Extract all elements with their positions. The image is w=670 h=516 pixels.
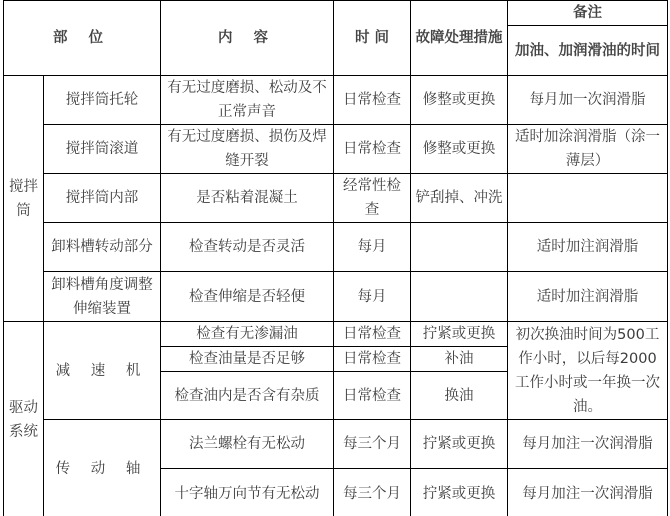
cell-content: 检查油内是否含有杂质	[161, 372, 334, 420]
cell-measure: 修整或更换	[411, 76, 508, 125]
cell-remark	[508, 174, 668, 223]
cell-remark-reducer: 初次换油时间为500工作小时，以后每2000工作小时或一年换一次油。	[508, 322, 668, 420]
table-row: 传 动 轴 法兰螺栓有无松动 每三个月 拧紧或更换 每月加注一次润滑脂	[4, 420, 668, 469]
cell-measure	[411, 272, 508, 322]
table-row: 驱动系统 减 速 机 检查有无渗漏油 日常检查 拧紧或更换 初次换油时间为500…	[4, 322, 668, 347]
cell-content: 有无过度磨损、损伤及焊缝开裂	[161, 125, 334, 174]
cell-content: 检查油量是否足够	[161, 347, 334, 372]
cell-measure: 铲刮掉、冲洗	[411, 174, 508, 223]
table-row: 搅拌筒内部 是否粘着混凝土 经常性检查 铲刮掉、冲洗	[4, 174, 668, 223]
cell-remark: 适时加注润滑脂	[508, 272, 668, 322]
cell-content: 检查有无渗漏油	[161, 322, 334, 347]
cell-time: 日常检查	[334, 347, 411, 372]
cell-measure: 拧紧或更换	[411, 469, 508, 516]
cell-time: 每月	[334, 272, 411, 322]
cell-content: 检查转动是否灵活	[161, 223, 334, 272]
cell-part: 搅拌筒托轮	[44, 76, 161, 125]
cell-part-reducer: 减 速 机	[44, 322, 161, 420]
header-measure: 故障处理措施	[411, 1, 508, 76]
cell-measure: 拧紧或更换	[411, 322, 508, 347]
cell-remark: 适时加注润滑脂	[508, 223, 668, 272]
cell-remark: 每月加注一次润滑脂	[508, 420, 668, 469]
cell-time: 日常检查	[334, 125, 411, 174]
cell-time: 日常检查	[334, 322, 411, 347]
table-row: 卸料槽转动部分 检查转动是否灵活 每月 适时加注润滑脂	[4, 223, 668, 272]
maintenance-table: 部 位 内 容 时 间 故障处理措施 备注 加油、加润滑油的时间 搅拌筒 搅拌筒…	[3, 0, 668, 516]
cell-part: 搅拌筒滚道	[44, 125, 161, 174]
cell-time: 日常检查	[334, 372, 411, 420]
cell-time: 日常检查	[334, 76, 411, 125]
cell-remark: 每月加注一次润滑脂	[508, 469, 668, 516]
header-remark-sub: 加油、加润滑油的时间	[508, 26, 668, 76]
table-row: 搅拌筒 搅拌筒托轮 有无过度磨损、松动及不正常声音 日常检查 修整或更换 每月加…	[4, 76, 668, 125]
header-part: 部 位	[4, 1, 161, 76]
cell-measure: 补油	[411, 347, 508, 372]
cell-remark: 适时加涂润滑脂（涂一薄层）	[508, 125, 668, 174]
cell-part: 卸料槽角度调整伸缩装置	[44, 272, 161, 322]
cell-measure: 拧紧或更换	[411, 420, 508, 469]
cell-measure: 换油	[411, 372, 508, 420]
cell-content: 是否粘着混凝土	[161, 174, 334, 223]
cell-time: 经常性检查	[334, 174, 411, 223]
cell-measure: 修整或更换	[411, 125, 508, 174]
table-row: 卸料槽角度调整伸缩装置 检查伸缩是否轻便 每月 适时加注润滑脂	[4, 272, 668, 322]
group-label-mixer-drum: 搅拌筒	[4, 76, 44, 322]
cell-content: 有无过度磨损、松动及不正常声音	[161, 76, 334, 125]
header-remark: 备注	[508, 1, 668, 26]
cell-time: 每三个月	[334, 420, 411, 469]
cell-content: 十字轴万向节有无松动	[161, 469, 334, 516]
cell-time: 每三个月	[334, 469, 411, 516]
header-content: 内 容	[161, 1, 334, 76]
cell-time: 每月	[334, 223, 411, 272]
group-label-drive-system: 驱动系统	[4, 322, 44, 516]
cell-part-driveshaft: 传 动 轴	[44, 420, 161, 516]
cell-content: 法兰螺栓有无松动	[161, 420, 334, 469]
table-row: 搅拌筒滚道 有无过度磨损、损伤及焊缝开裂 日常检查 修整或更换 适时加涂润滑脂（…	[4, 125, 668, 174]
cell-measure	[411, 223, 508, 272]
cell-content: 检查伸缩是否轻便	[161, 272, 334, 322]
cell-part: 卸料槽转动部分	[44, 223, 161, 272]
cell-remark: 每月加一次润滑脂	[508, 76, 668, 125]
header-time: 时 间	[334, 1, 411, 76]
cell-part: 搅拌筒内部	[44, 174, 161, 223]
